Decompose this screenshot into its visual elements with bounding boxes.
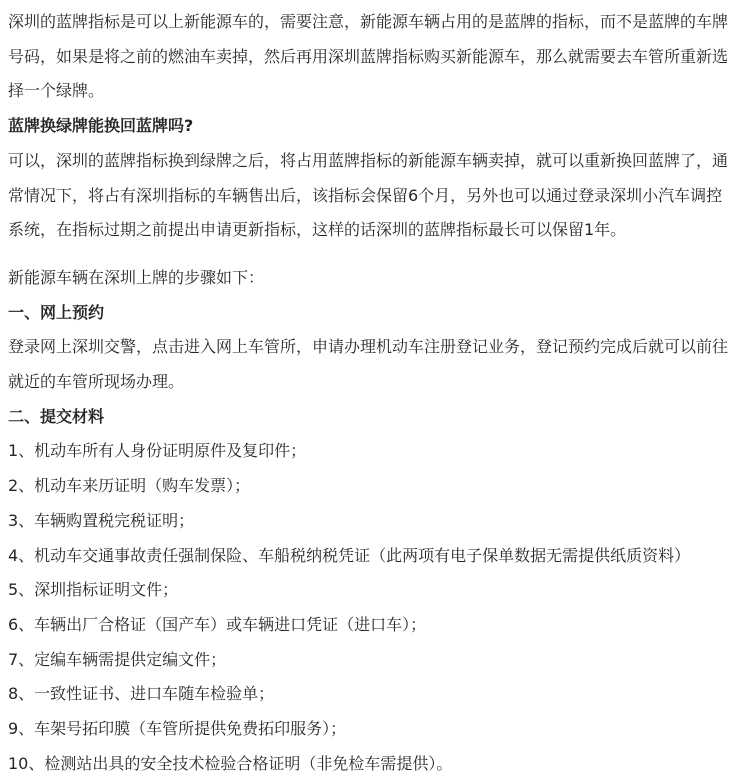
material-item-6: 6、车辆出厂合格证（国产车）或车辆进口凭证（进口车）； [8, 608, 732, 643]
intro-paragraph: 深圳的蓝牌指标是可以上新能源车的，需要注意，新能源车辆占用的是蓝牌的指标，而不是… [8, 5, 732, 109]
article-body: 深圳的蓝牌指标是可以上新能源车的，需要注意，新能源车辆占用的是蓝牌的指标，而不是… [0, 0, 740, 781]
material-item-3: 3、车辆购置税完税证明； [8, 504, 732, 539]
material-item-2: 2、机动车来历证明（购车发票）； [8, 469, 732, 504]
material-item-9: 9、车架号拓印膜（车管所提供免费拓印服务）； [8, 712, 732, 747]
question-heading: 蓝牌换绿牌能换回蓝牌吗? [8, 109, 732, 144]
material-item-7: 7、定编车辆需提供定编文件； [8, 643, 732, 678]
step-one-heading: 一、网上预约 [8, 296, 732, 331]
material-item-5: 5、深圳指标证明文件； [8, 573, 732, 608]
step-one-paragraph: 登录网上深圳交警，点击进入网上车管所，申请办理机动车注册登记业务，登记预约完成后… [8, 330, 732, 399]
material-item-10: 10、检测站出具的安全技术检验合格证明（非免检车需提供）。 [8, 747, 732, 781]
material-item-1: 1、机动车所有人身份证明原件及复印件； [8, 434, 732, 469]
material-item-4: 4、机动车交通事故责任强制保险、车船税纳税凭证（此两项有电子保单数据无需提供纸质… [8, 539, 732, 574]
material-item-8: 8、一致性证书、进口车随车检验单； [8, 677, 732, 712]
step-two-heading: 二、提交材料 [8, 400, 732, 435]
steps-intro-paragraph: 新能源车辆在深圳上牌的步骤如下： [8, 261, 732, 296]
answer-paragraph: 可以，深圳的蓝牌指标换到绿牌之后，将占用蓝牌指标的新能源车辆卖掉，就可以重新换回… [8, 144, 732, 248]
